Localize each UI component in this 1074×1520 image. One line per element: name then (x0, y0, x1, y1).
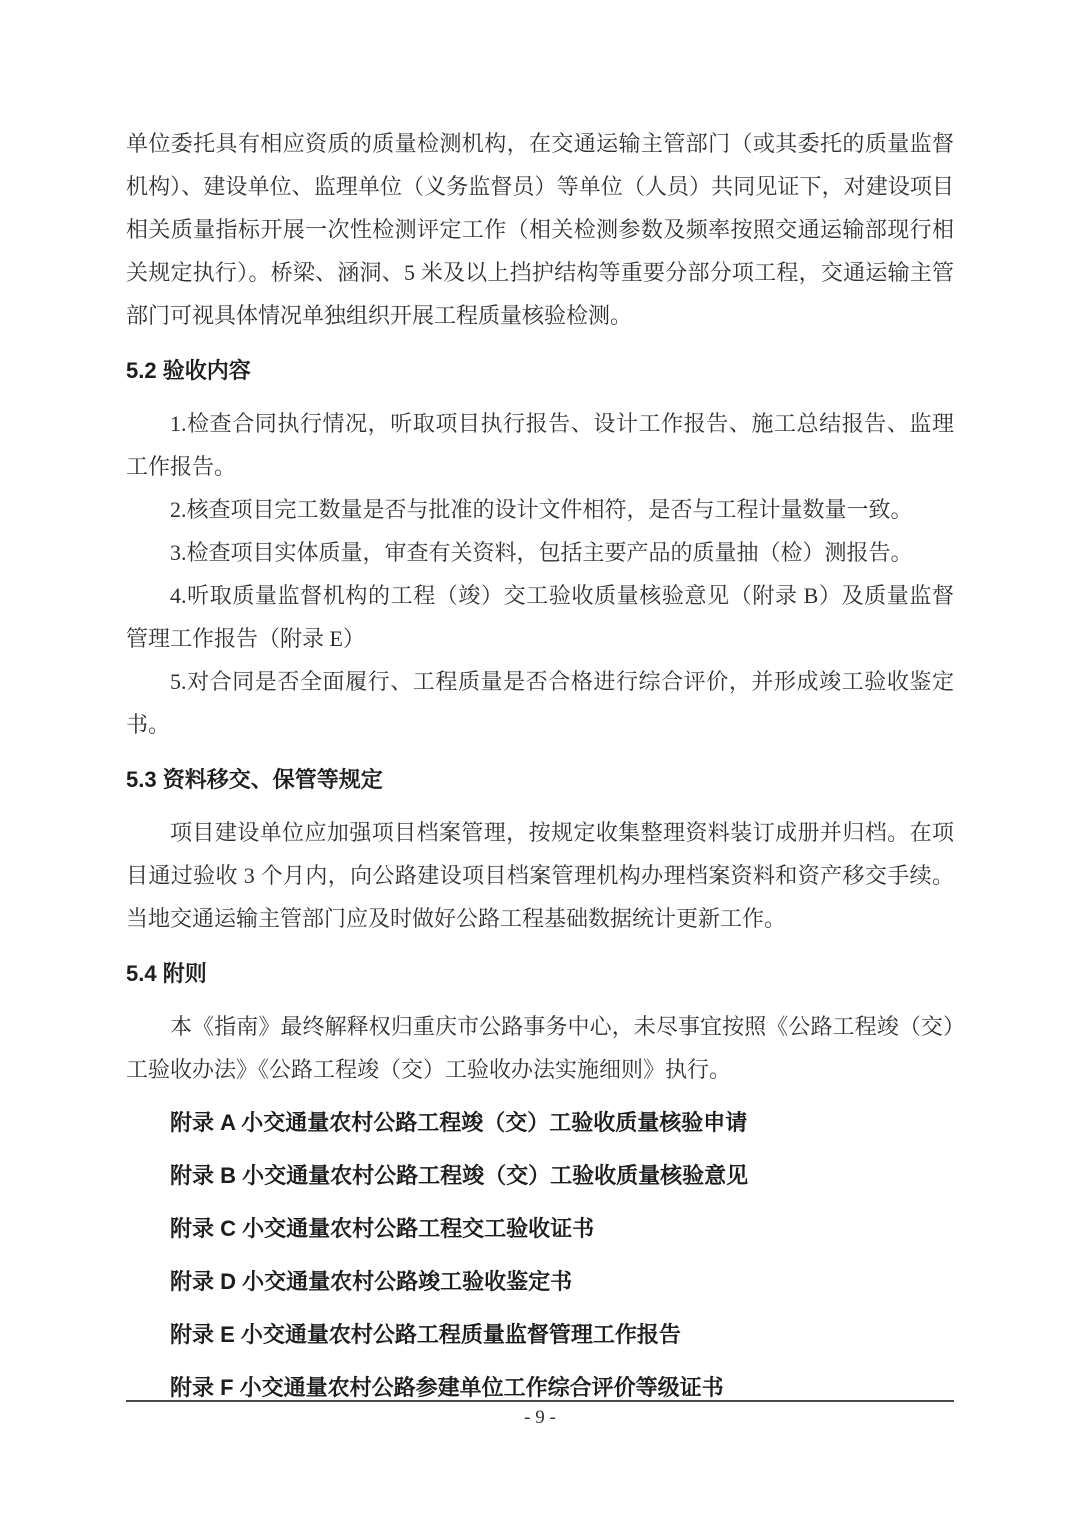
appendix-item-d: 附录 D 小交通量农村公路竣工验收鉴定书 (126, 1260, 954, 1303)
appendix-item-e: 附录 E 小交通量农村公路工程质量监督管理工作报告 (126, 1313, 954, 1356)
document-content: 单位委托具有相应资质的质量检测机构，在交通运输主管部门（或其委托的质量监督机构）… (0, 0, 1074, 1409)
document-page: { "page": { "footer": { "page_number": "… (0, 0, 1074, 1520)
appendix-item-a: 附录 A 小交通量农村公路工程竣（交）工验收质量核验申请 (126, 1101, 954, 1144)
section-5-4-heading: 5.4 附则 (126, 952, 954, 995)
section-5-2-item-1: 1.检查合同执行情况，听取项目执行报告、设计工作报告、施工总结报告、监理工作报告… (126, 402, 954, 488)
page-number: - 9 - (524, 1405, 556, 1431)
footer-divider: - 9 - (126, 1400, 954, 1431)
section-5-2-heading: 5.2 验收内容 (126, 349, 954, 392)
section-5-2-item-3: 3.检查项目实体质量，审查有关资料，包括主要产品的质量抽（检）测报告。 (126, 531, 954, 574)
section-5-2-item-2: 2.核查项目完工数量是否与批准的设计文件相符，是否与工程计量数量一致。 (126, 488, 954, 531)
appendix-item-c: 附录 C 小交通量农村公路工程交工验收证书 (126, 1207, 954, 1250)
section-5-3-paragraph: 项目建设单位应加强项目档案管理，按规定收集整理资料装订成册并归档。在项目通过验收… (126, 811, 954, 940)
section-5-2-item-4: 4.听取质量监督机构的工程（竣）交工验收质量核验意见（附录 B）及质量监督管理工… (126, 574, 954, 660)
intro-paragraph: 单位委托具有相应资质的质量检测机构，在交通运输主管部门（或其委托的质量监督机构）… (126, 122, 954, 337)
appendix-item-b: 附录 B 小交通量农村公路工程竣（交）工验收质量核验意见 (126, 1154, 954, 1197)
section-5-3-heading: 5.3 资料移交、保管等规定 (126, 758, 954, 801)
section-5-2-item-5: 5.对合同是否全面履行、工程质量是否合格进行综合评价，并形成竣工验收鉴定书。 (126, 660, 954, 746)
section-5-4-paragraph: 本《指南》最终解释权归重庆市公路事务中心，未尽事宜按照《公路工程竣（交）工验收办… (126, 1005, 954, 1091)
